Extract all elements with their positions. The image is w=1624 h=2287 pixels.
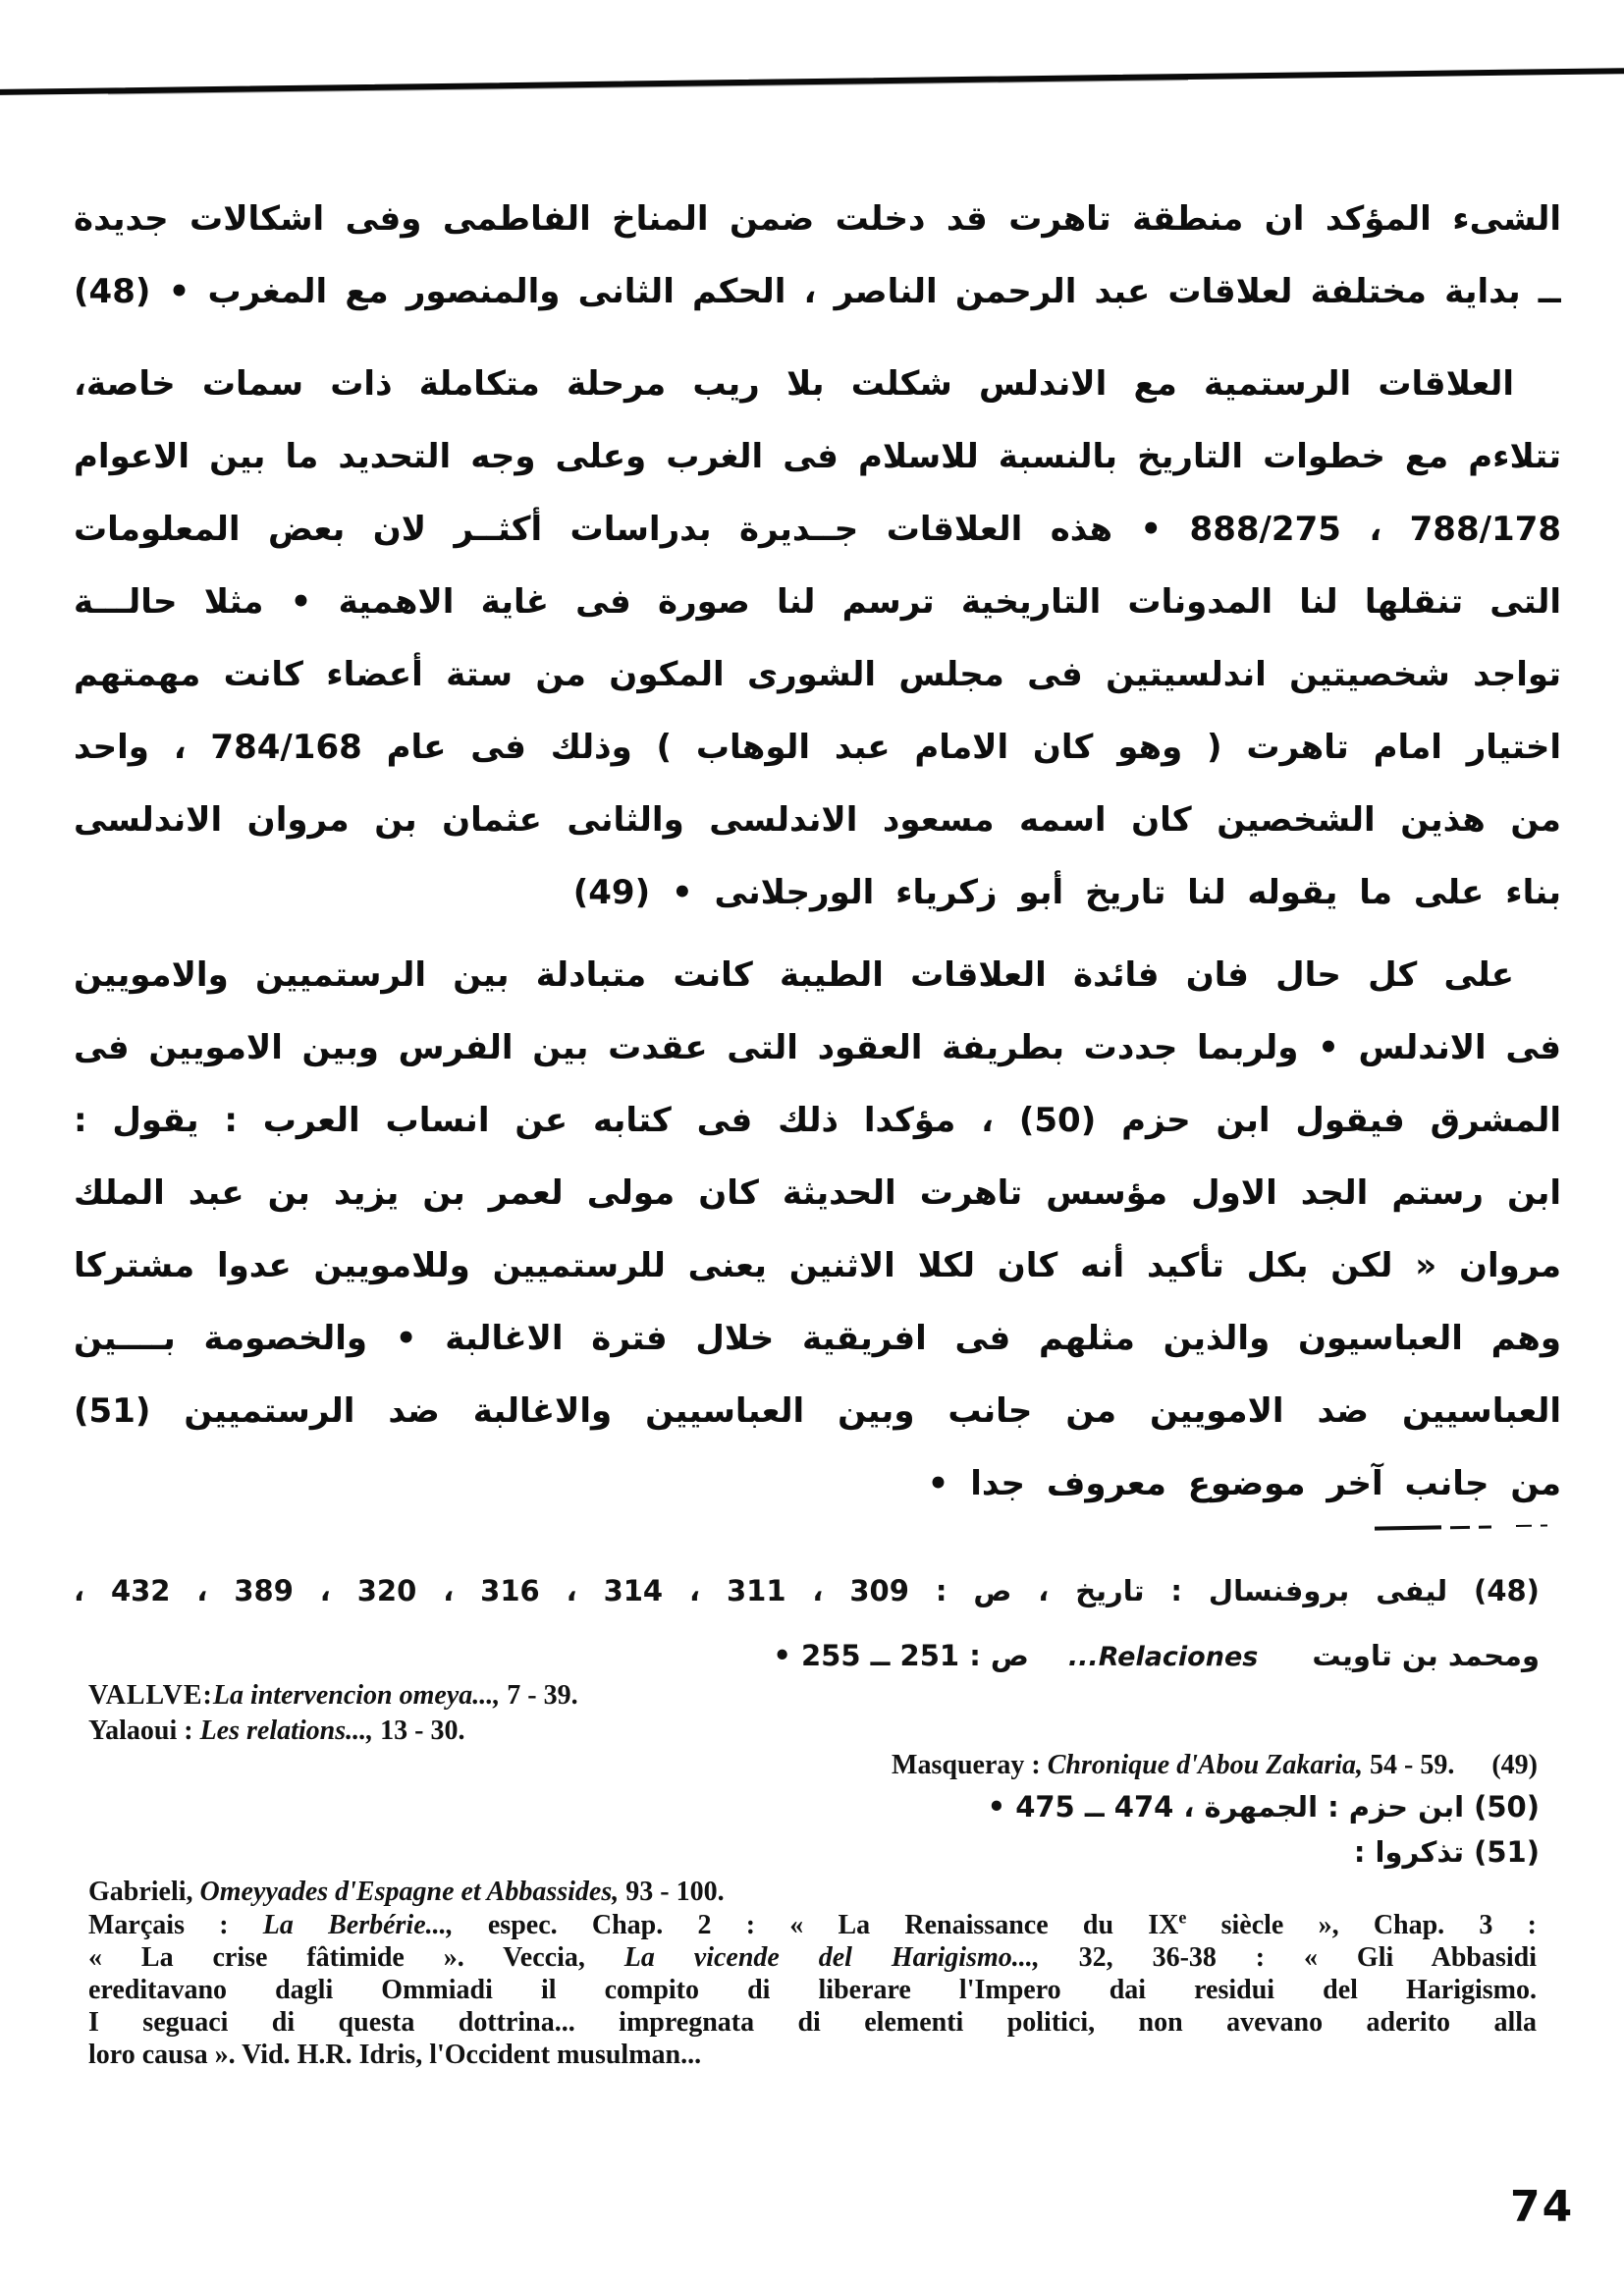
footnote-author: Marçais : (88, 1910, 263, 1940)
separator-dash (1479, 1525, 1491, 1528)
footnote-title: Les relations..., (200, 1715, 374, 1746)
footnote-masqueray: Masqueray : Chronique d'Abou Zakaria, 54… (892, 1749, 1538, 1782)
footnote-text: 32, 36-38 : « Gli Abbasidi (1040, 1942, 1537, 1973)
footnote-ref-49: (49) (1491, 1750, 1538, 1780)
footnote-author: Yalaoui : (88, 1715, 200, 1746)
footnote-text: « La crise fâtimide ». Veccia, (88, 1942, 624, 1973)
arabic-line: وهم العباسيون والذين مثلهم فى افريقية خل… (74, 1302, 1561, 1375)
page-number: 74 (1510, 2182, 1574, 2232)
main-arabic-text: الشىء المؤكد ان منطقة تاهرت قد دخلت ضمن … (74, 183, 1561, 1520)
separator-dash (1541, 1524, 1547, 1526)
scanned-book-page: الشىء المؤكد ان منطقة تاهرت قد دخلت ضمن … (0, 0, 1624, 2287)
arabic-line: على كل حال فان فائدة العلاقات الطيبة كان… (74, 939, 1561, 1011)
arabic-line: ابن رستم الجد الاول مؤسس تاهرت الحديثة ك… (74, 1157, 1561, 1229)
separator-dash (1450, 1525, 1470, 1528)
arabic-line: العلاقات الرستمية مع الاندلس شكلت بلا ري… (74, 348, 1561, 420)
arabic-line: من جانب آخر موضوع معروف جدا • (74, 1447, 1561, 1520)
footnote-text: espec. Chap. 2 : « La Renaissance du IX (454, 1910, 1179, 1940)
footnote-title: La Berbérie..., (263, 1910, 454, 1940)
arabic-line: تتلاءم مع خطوات التاريخ بالنسبة للاسلام … (74, 420, 1561, 493)
footnote-gabrieli: Gabrieli, Omeyyades d'Espagne et Abbassi… (88, 1876, 725, 1909)
arabic-line: ــ بداية مختلفة لعلاقات عبد الرحمن الناص… (74, 255, 1561, 328)
footnote-50: (50) ابن حزم : الجمهرة ، 474 ــ 475 • (988, 1785, 1540, 1828)
footnote-line-ereditavano: ereditavano dagli Ommiadi il compito di … (88, 1974, 1537, 2007)
arabic-line: العباسيين ضد الامويين من جانب وبين العبا… (74, 1375, 1561, 1447)
footnote-pages: 93 - 100. (619, 1877, 724, 1907)
footnote-pages: 7 - 39. (500, 1680, 577, 1711)
footnote-crise-fatimide: « La crise fâtimide ». Veccia, La vicend… (88, 1941, 1537, 1975)
footnote-author: Masqueray : (892, 1750, 1048, 1780)
arabic-line: المشرق فيقول ابن حزم (50) ، مؤكدا ذلك فى… (74, 1084, 1561, 1157)
footnote-author: VALLVE: (88, 1680, 213, 1711)
arabic-line: 788/178 ، 888/275 • هذه العلاقات جــديرة… (74, 493, 1561, 566)
footnote-author: ومحمد بن تاويت (1312, 1639, 1540, 1672)
footnote-48-line2: ومحمد بن تاويتRelaciones...ص : 251 ــ 25… (773, 1634, 1540, 1679)
footnote-pages: ص : 251 ــ 255 • (773, 1639, 1029, 1672)
arabic-line: فى الاندلس • ولربما جددت بطريفة العقود ا… (74, 1011, 1561, 1084)
footnote-text: siècle », Chap. 3 : (1186, 1910, 1537, 1940)
arabic-line: التى تنقلها لنا المدونات التاريخية ترسم … (74, 566, 1561, 638)
footnote-pages: 54 - 59. (1363, 1750, 1454, 1780)
footnote-line-seguaci: I seguaci di questa dottrina... impregna… (88, 2006, 1537, 2040)
footnote-title: Chronique d'Abou Zakaria, (1048, 1750, 1363, 1780)
arabic-line: مروان « لكن بكل تأكيد أنه كان لكلا الاثن… (74, 1229, 1561, 1302)
top-scan-rule (0, 68, 1624, 95)
arabic-line: الشىء المؤكد ان منطقة تاهرت قد دخلت ضمن … (74, 183, 1561, 255)
footnote-line-loro-causa: loro causa ». Vid. H.R. Idris, l'Occiden… (88, 2039, 701, 2072)
footnote-48-line1: (48) ليفى بروفنسال : تاريخ ، ص : 309 ، 3… (74, 1569, 1540, 1612)
footnote-51: (51) تذكروا : (1354, 1830, 1540, 1874)
footnote-author: Gabrieli, (88, 1877, 200, 1907)
arabic-line: من هذين الشخصين كان اسمه مسعود الاندلسى … (74, 784, 1561, 856)
separator-dash (1375, 1525, 1441, 1530)
footnote-title: La vicende del Harigismo..., (624, 1942, 1040, 1973)
footnote-title: Relaciones... (1068, 1642, 1258, 1672)
arabic-line: اختيار امام تاهرت ( وهو كان الامام عبد ا… (74, 711, 1561, 784)
footnote-yalaoui: Yalaoui : Les relations..., 13 - 30. (88, 1715, 464, 1748)
footnote-pages: 13 - 30. (373, 1715, 464, 1746)
footnote-marcais: Marçais : La Berbérie..., espec. Chap. 2… (88, 1909, 1537, 1942)
footnote-title: Omeyyades d'Espagne et Abbassides, (200, 1877, 620, 1907)
footnote-vallve: VALLVE:La intervencion omeya..., 7 - 39. (88, 1679, 578, 1713)
arabic-line: تواجد شخصيتين اندلسيتين فى مجلس الشورى ا… (74, 638, 1561, 711)
arabic-line: بناء على ما يقوله لنا تاريخ أبو زكرياء ا… (74, 856, 1561, 929)
separator-dash (1516, 1525, 1532, 1527)
footnote-separator (1375, 1522, 1551, 1531)
footnote-title: La intervencion omeya..., (213, 1680, 500, 1711)
